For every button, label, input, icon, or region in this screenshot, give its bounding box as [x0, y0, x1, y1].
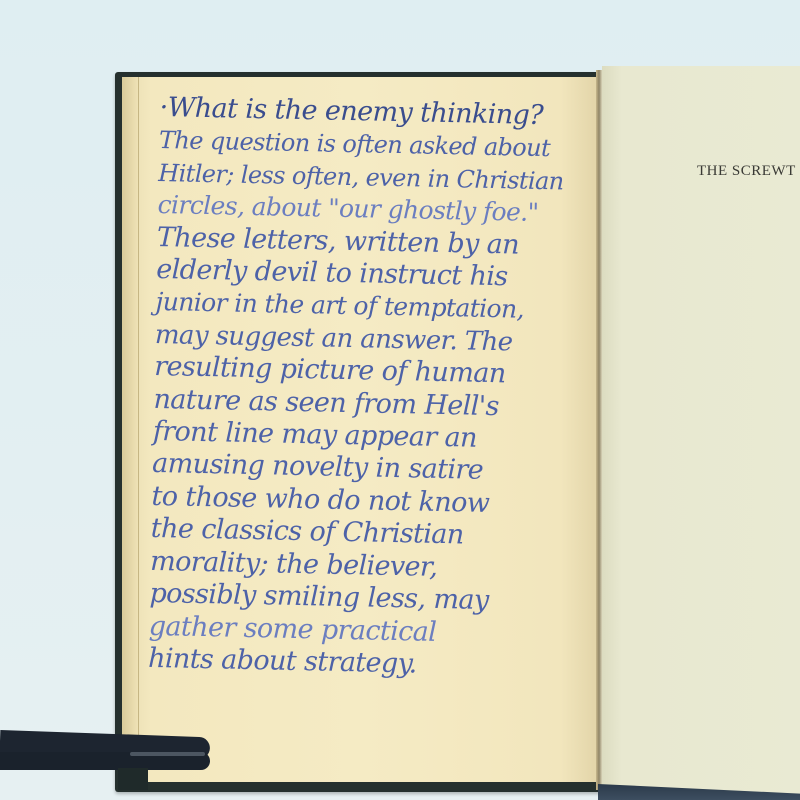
bookmark-clip-slot: [130, 752, 205, 756]
photo-scene: THE SCREWT ·What is the enemy thinking? …: [0, 0, 800, 800]
title-page-text: THE SCREWT: [697, 163, 796, 180]
endpaper-hinge: [122, 77, 139, 782]
handwritten-inscription: ·What is the enemy thinking? The questio…: [148, 92, 600, 684]
cover-corner: [118, 768, 148, 790]
